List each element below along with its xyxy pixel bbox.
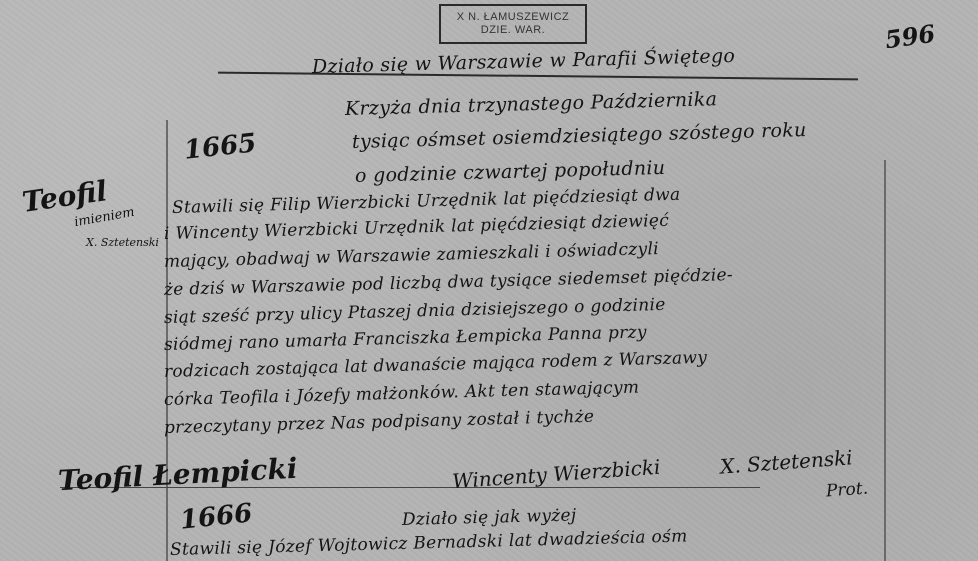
entry-body-line: mający, obadwaj w Warszawie zamieszkali … xyxy=(164,239,659,272)
entry-heading-line: o godzinie czwartej popołudniu xyxy=(355,157,666,187)
right-column-rule xyxy=(884,160,886,561)
entry-number: 1666 xyxy=(179,498,254,535)
stamp-line-2: DZIE. WAR. xyxy=(441,24,585,37)
entry-body-line: Stawili się Józef Wojtowicz Bernadski la… xyxy=(170,526,688,560)
signature-priest: X. Sztetenski xyxy=(719,445,853,478)
entry-heading-line: Krzyża dnia trzynastego Października xyxy=(345,88,718,120)
stamp-line-1: X N. ŁAMUSZEWICZ xyxy=(441,11,585,24)
page-number: 596 xyxy=(883,19,937,55)
entry-heading-line: Działo się w Warszawie w Parafii Święteg… xyxy=(312,45,736,78)
signature-title: Prot. xyxy=(825,479,868,502)
archive-stamp: X N. ŁAMUSZEWICZ DZIE. WAR. xyxy=(439,4,587,44)
entry-body-line: przeczytany przez Nas podpisany został i… xyxy=(164,407,595,438)
entry-heading-line: Działo się jak wyżej xyxy=(402,505,577,530)
entry-body-line: siódmej rano umarła Franciszka Łempicka … xyxy=(164,322,647,355)
margin-note-initials: X. Sztetenski xyxy=(86,236,159,249)
entry-heading-line: tysiąc ośmset osiemdziesiątego szóstego … xyxy=(352,119,807,153)
signature-father: Teofil Łempicki xyxy=(57,452,298,497)
entry-body-line: córka Teofila i Józefy małżonków. Akt te… xyxy=(164,378,640,410)
entry-number: 1665 xyxy=(183,128,258,165)
entry-body-line: rodzicach zostająca lat dwanaście mająca… xyxy=(164,348,708,382)
